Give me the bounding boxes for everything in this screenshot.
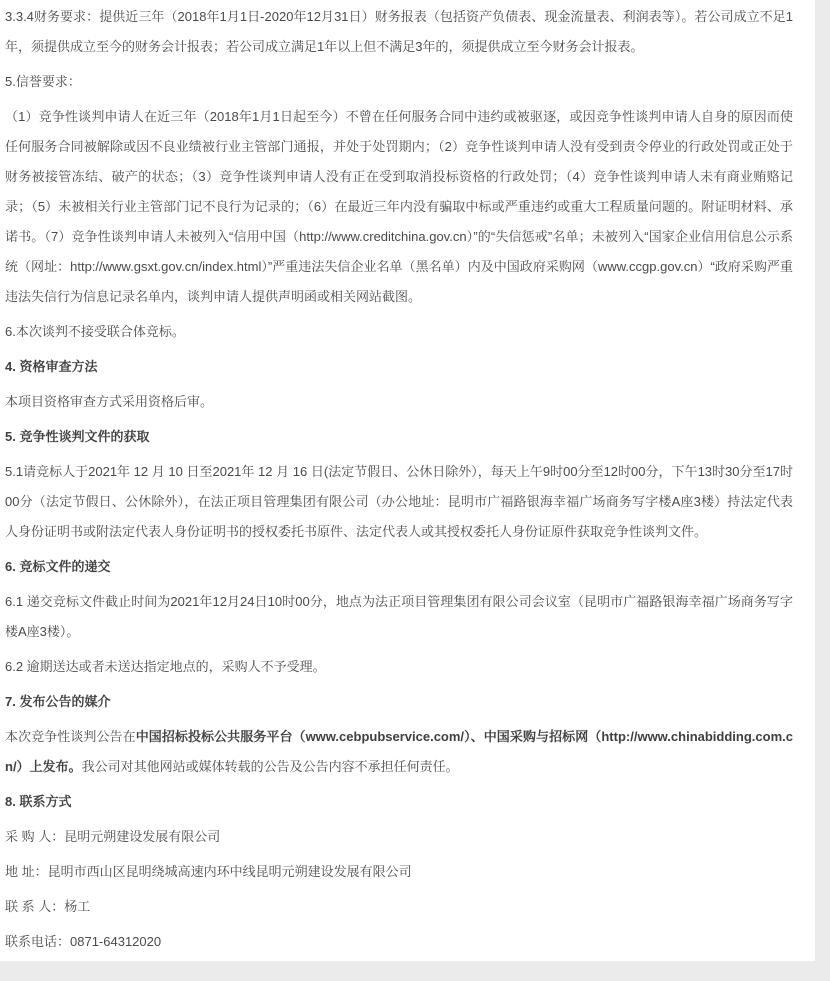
text-run: 地 址：昆明市西山区昆明绕城高速内环中线昆明元朔建设发展有限公司 [5, 864, 412, 879]
text-run: 本项目资格审查方式采用资格后审。 [5, 394, 213, 409]
text-run: 3.3.4财务要求：提供近三年（2018年1月1日-2020年12月31日）财务… [5, 9, 793, 54]
paragraph: 3.3.4财务要求：提供近三年（2018年1月1日-2020年12月31日）财务… [5, 2, 793, 62]
text-run: （1）竞争性谈判申请人在近三年（2018年1月1日起至今）不曾在任何服务合同中违… [5, 109, 793, 304]
document-body: 3.3.4财务要求：提供近三年（2018年1月1日-2020年12月31日）财务… [0, 0, 815, 957]
paragraph: 本次竞争性谈判公告在中国招标投标公共服务平台（www.cebpubservice… [5, 722, 793, 782]
text-run: 5.信誉要求： [5, 74, 81, 89]
section-heading: 5. 竞争性谈判文件的获取 [5, 422, 793, 452]
text-run: 6.1 递交竞标文件截止时间为2021年12月24日10时00分，地点为法正项目… [5, 594, 793, 639]
document-page: 3.3.4财务要求：提供近三年（2018年1月1日-2020年12月31日）财务… [0, 0, 815, 961]
paragraph: 本项目资格审查方式采用资格后审。 [5, 387, 793, 417]
text-run: 联系电话：0871-64312020 [5, 934, 161, 949]
text-run: 我公司对其他网站或媒体转载的公告及公告内容不承担任何责任。 [82, 759, 459, 774]
text-run: 6.本次谈判不接受联合体竞标。 [5, 324, 185, 339]
paragraph: 5.信誉要求： [5, 67, 793, 97]
text-run: 5.1请竞标人于2021年 12 月 10 日至2021年 12 月 16 日(… [5, 464, 793, 539]
text-run: 本次竞争性谈判公告在 [5, 729, 136, 744]
section-heading: 7. 发布公告的媒介 [5, 687, 793, 717]
paragraph: （1）竞争性谈判申请人在近三年（2018年1月1日起至今）不曾在任何服务合同中违… [5, 102, 793, 312]
paragraph: 联系电话：0871-64312020 [5, 927, 793, 957]
section-heading: 4. 资格审查方法 [5, 352, 793, 382]
paragraph: 5.1请竞标人于2021年 12 月 10 日至2021年 12 月 16 日(… [5, 457, 793, 547]
text-run: 8. 联系方式 [5, 794, 71, 809]
text-run: 联 系 人：杨工 [5, 899, 90, 914]
paragraph: 采 购 人：昆明元朔建设发展有限公司 [5, 822, 793, 852]
text-run: 6. 竞标文件的递交 [5, 559, 110, 574]
text-run: 5. 竞争性谈判文件的获取 [5, 429, 149, 444]
text-run: 6.2 逾期送达或者未送达指定地点的，采购人不予受理。 [5, 659, 326, 674]
paragraph: 6.本次谈判不接受联合体竞标。 [5, 317, 793, 347]
paragraph: 6.1 递交竞标文件截止时间为2021年12月24日10时00分，地点为法正项目… [5, 587, 793, 647]
section-heading: 6. 竞标文件的递交 [5, 552, 793, 582]
section-heading: 8. 联系方式 [5, 787, 793, 817]
text-run: 采 购 人：昆明元朔建设发展有限公司 [5, 829, 220, 844]
paragraph: 地 址：昆明市西山区昆明绕城高速内环中线昆明元朔建设发展有限公司 [5, 857, 793, 887]
paragraph: 联 系 人：杨工 [5, 892, 793, 922]
text-run: 4. 资格审查方法 [5, 359, 97, 374]
text-run: 7. 发布公告的媒介 [5, 694, 110, 709]
paragraph: 6.2 逾期送达或者未送达指定地点的，采购人不予受理。 [5, 652, 793, 682]
